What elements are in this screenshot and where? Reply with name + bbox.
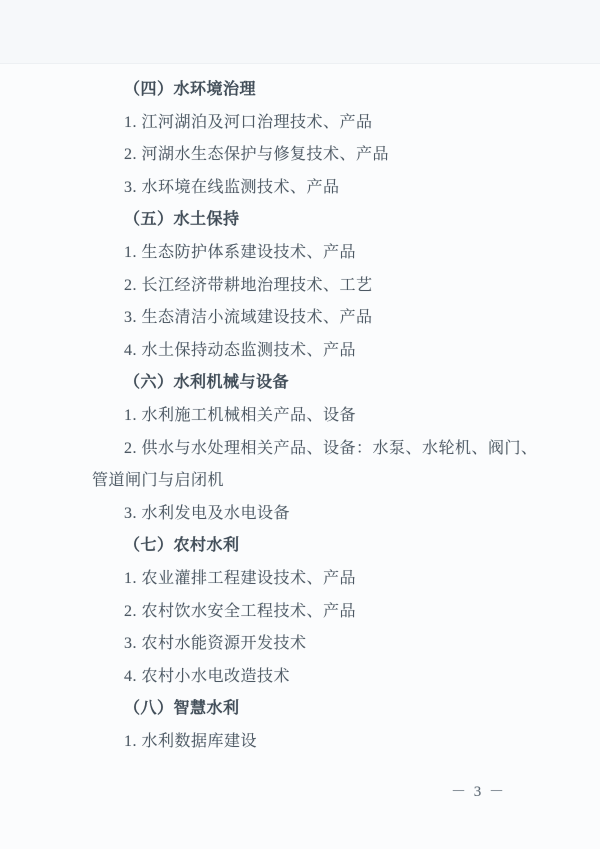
list-item: 3. 农村水能资源开发技术 <box>92 628 516 661</box>
list-item: 2. 农村饮水安全工程技术、产品 <box>92 596 516 629</box>
list-item: 3. 水环境在线监测技术、产品 <box>92 172 516 205</box>
list-item: 1. 水利施工机械相关产品、设备 <box>92 400 516 433</box>
list-item: 1. 农业灌排工程建设技术、产品 <box>92 563 516 596</box>
list-item: 1. 生态防护体系建设技术、产品 <box>92 237 516 270</box>
section-heading: （六）水利机械与设备 <box>92 367 516 400</box>
section-heading: （四）水环境治理 <box>92 74 516 107</box>
section-heading: （七）农村水利 <box>92 530 516 563</box>
list-item: 3. 水利发电及水电设备 <box>92 498 516 531</box>
list-item: 4. 农村小水电改造技术 <box>92 661 516 694</box>
page-number: － 3 － <box>451 782 506 802</box>
list-item: 1. 水利数据库建设 <box>92 726 516 759</box>
scan-seam-band <box>0 0 600 64</box>
document-page: （四）水环境治理 1. 江河湖泊及河口治理技术、产品 2. 河湖水生态保护与修复… <box>0 0 600 849</box>
list-item: 2. 供水与水处理相关产品、设备：水泵、水轮机、阀门、 <box>92 433 516 466</box>
section-heading: （五）水土保持 <box>92 204 516 237</box>
list-item: 3. 生态清洁小流域建设技术、产品 <box>92 302 516 335</box>
document-body: （四）水环境治理 1. 江河湖泊及河口治理技术、产品 2. 河湖水生态保护与修复… <box>92 74 516 758</box>
continuation-line: 管道闸门与启闭机 <box>92 465 516 498</box>
list-item: 2. 河湖水生态保护与修复技术、产品 <box>92 139 516 172</box>
list-item: 4. 水土保持动态监测技术、产品 <box>92 335 516 368</box>
section-heading: （八）智慧水利 <box>92 693 516 726</box>
list-item: 2. 长江经济带耕地治理技术、工艺 <box>92 270 516 303</box>
list-item: 1. 江河湖泊及河口治理技术、产品 <box>92 107 516 140</box>
